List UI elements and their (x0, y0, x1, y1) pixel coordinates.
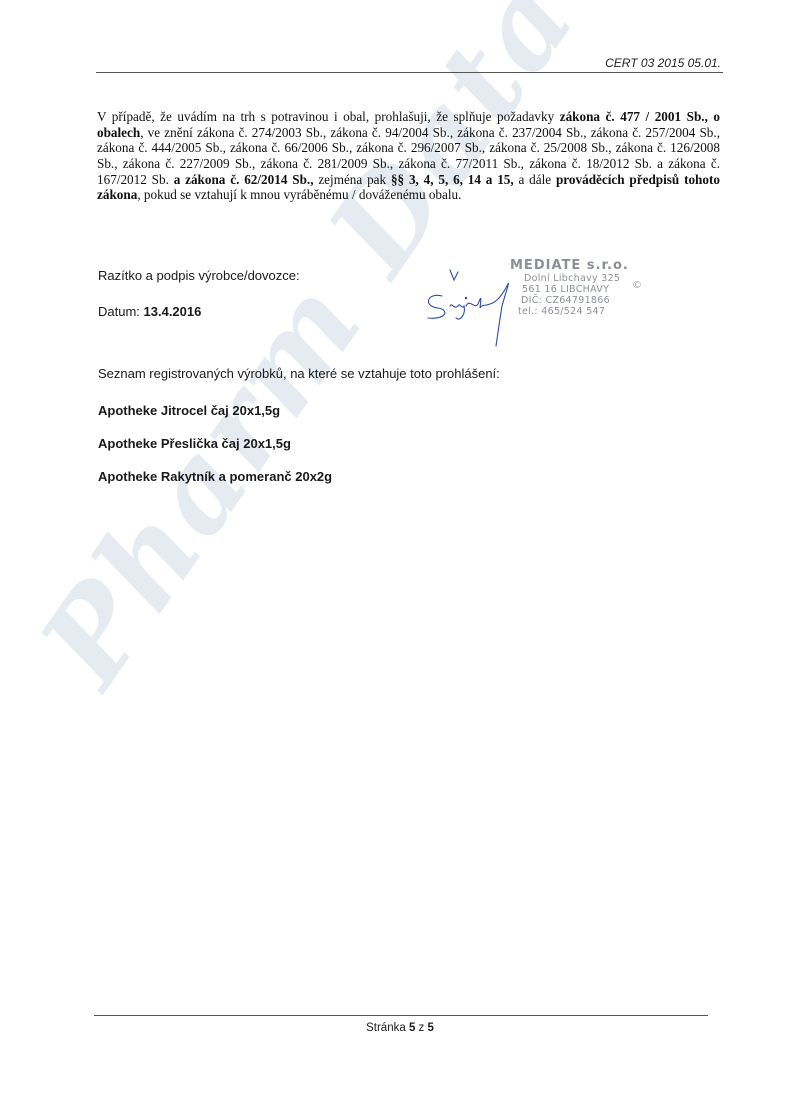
declaration-text: a dále (514, 172, 556, 187)
footer-divider (94, 1015, 708, 1016)
stamp-vat-line: DIČ: CZ64791866 (521, 295, 629, 306)
declaration-paragraph: V případě, že uvádím na trh s potravinou… (97, 109, 720, 203)
declaration-text: zejména pak (314, 172, 391, 187)
product-item: Apotheke Přeslička čaj 20x1,5g (98, 436, 291, 451)
product-item: Apotheke Rakytník a pomeranč 20x2g (98, 469, 332, 484)
stamp-signature-label: Razítko a podpis výrobce/dovozce: (98, 268, 300, 283)
date-value: 13.4.2016 (144, 304, 202, 319)
total-pages: 5 (427, 1022, 433, 1034)
declaration-text: , pokud se vztahují k mnou vyráběnému / … (137, 187, 461, 202)
document-reference: CERT 03 2015 05.01. (605, 56, 721, 70)
stamp-address-line: Dolní Libchavy 325 (524, 273, 629, 284)
stamp-mark-icon: © (632, 280, 642, 291)
handwritten-signature (420, 262, 530, 352)
stamp-postal-line: 561 16 LIBCHAVY (522, 284, 629, 295)
declaration-emphasis: §§ 3, 4, 5, 6, 14 a 15, (391, 172, 514, 187)
stamp-phone-line: tel.: 465/524 547 (518, 306, 629, 317)
signature-strokes (428, 270, 509, 346)
of-word: z (415, 1022, 427, 1034)
declaration-emphasis: a zákona č. 62/2014 Sb., (174, 172, 314, 187)
page-number: Stránka 5 z 5 (0, 1022, 800, 1034)
product-item: Apotheke Jitrocel čaj 20x1,5g (98, 403, 280, 418)
product-list-intro: Seznam registrovaných výrobků, na které … (98, 366, 500, 381)
watermark: Pharm Data s. r. o. (13, 0, 800, 709)
header-divider (96, 72, 723, 73)
document-page: Pharm Data s. r. o. CERT 03 2015 05.01. … (0, 0, 800, 1100)
date-line: Datum: 13.4.2016 (98, 304, 201, 319)
declaration-text: V případě, že uvádím na trh s potravinou… (97, 109, 560, 124)
date-label: Datum: (98, 304, 144, 319)
page-word: Stránka (366, 1022, 409, 1034)
